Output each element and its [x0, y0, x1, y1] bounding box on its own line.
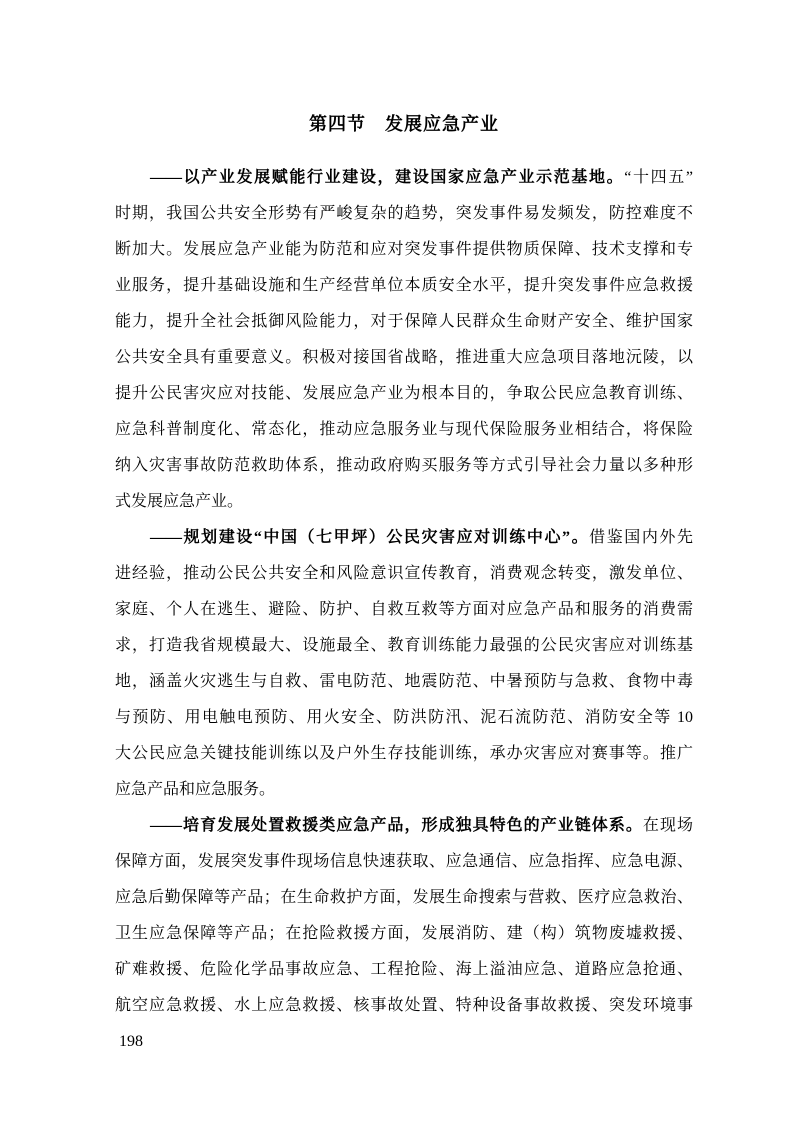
- body-text: 公共安全具有重要意义。积极对接国省战略，推进重大应急项目落地沅陵，以: [115, 349, 693, 366]
- text-line: 能力，提升全社会抵御风险能力，对于保障人民群众生命财产安全、维护国家: [115, 304, 693, 340]
- text-line: ——以产业发展赋能行业建设，建设国家应急产业示范基地。“十四五”: [115, 160, 693, 196]
- text-line: 提升公民害灾应对技能、发展应急产业为根本目的，争取公民应急教育训练、: [115, 376, 693, 412]
- body-text: 借鉴国内外先: [589, 529, 693, 546]
- text-line: 航空应急救援、水上应急救援、核事故处置、特种设备事故救援、突发环境事: [115, 988, 693, 1024]
- body-text: 业服务，提升基础设施和生产经营单位本质安全水平，提升突发事件应急救援: [115, 277, 693, 294]
- body-text: “十四五”: [624, 169, 693, 186]
- text-line: ——规划建设“中国（七甲坪）公民灾害应对训练中心”。借鉴国内外先: [115, 520, 693, 556]
- body-text: 式发展应急产业。: [115, 493, 243, 510]
- body-text: 与预防、用电触电预防、用火安全、防洪防汛、泥石流防范、消防安全等 10: [115, 709, 693, 726]
- body-text: 断加大。发展应急产业能为防范和应对突发事件提供物质保障、技术支撑和专: [115, 241, 693, 258]
- body-text: 保障方面，发展突发事件现场信息快速获取、应急通信、应急指挥、应急电源、: [115, 853, 693, 870]
- text-line: 进经验，推动公民公共安全和风险意识宣传教育，消费观念转变，激发单位、: [115, 556, 693, 592]
- body-text: 在现场: [643, 817, 693, 834]
- text-line: 纳入灾害事故防范救助体系，推动政府购买服务等方式引导社会力量以多种形: [115, 448, 693, 484]
- body-text: 进经验，推动公民公共安全和风险意识宣传教育，消费观念转变，激发单位、: [115, 565, 693, 582]
- text-line: 地，涵盖火灾逃生与自救、雷电防范、地震防范、中暑预防与急救、食物中毒: [115, 664, 693, 700]
- body-text: 卫生应急保障等产品；在抢险救援方面，发展消防、建（构）筑物废墟救援、: [115, 925, 693, 942]
- body-text: 矿难救援、危险化学品事故应急、工程抢险、海上溢油应急、道路应急抢通、: [115, 961, 693, 978]
- text-line: 应急后勤保障等产品；在生命救护方面，发展生命搜索与营救、医疗应急救治、: [115, 880, 693, 916]
- paragraph: ——培育发展处置救援类应急产品，形成独具特色的产业链体系。在现场保障方面，发展突…: [115, 808, 693, 1024]
- text-line: 时期，我国公共安全形势有严峻复杂的趋势，突发事件易发频发，防控难度不: [115, 196, 693, 232]
- body-text: 提升公民害灾应对技能、发展应急产业为根本目的，争取公民应急教育训练、: [115, 385, 693, 402]
- lead-in-bold-text: ——以产业发展赋能行业建设，建设国家应急产业示范基地。: [150, 169, 624, 186]
- text-line: 求，打造我省规模最大、设施最全、教育训练能力最强的公民灾害应对训练基: [115, 628, 693, 664]
- text-line: 卫生应急保障等产品；在抢险救援方面，发展消防、建（构）筑物废墟救援、: [115, 916, 693, 952]
- body-text: 大公民应急关键技能训练以及户外生存技能训练，承办灾害应对赛事等。推广: [115, 745, 693, 762]
- body-text: 家庭、个人在逃生、避险、防护、自救互救等方面对应急产品和服务的消费需: [115, 601, 693, 618]
- document-page: 第四节 发展应急产业 ——以产业发展赋能行业建设，建设国家应急产业示范基地。“十…: [0, 0, 793, 1122]
- paragraph: ——规划建设“中国（七甲坪）公民灾害应对训练中心”。借鉴国内外先进经验，推动公民…: [115, 520, 693, 808]
- paragraph: ——以产业发展赋能行业建设，建设国家应急产业示范基地。“十四五”时期，我国公共安…: [115, 160, 693, 520]
- text-line: 矿难救援、危险化学品事故应急、工程抢险、海上溢油应急、道路应急抢通、: [115, 952, 693, 988]
- page-number: 198: [119, 1030, 143, 1054]
- text-line: 大公民应急关键技能训练以及户外生存技能训练，承办灾害应对赛事等。推广: [115, 736, 693, 772]
- body-text: 地，涵盖火灾逃生与自救、雷电防范、地震防范、中暑预防与急救、食物中毒: [115, 673, 693, 690]
- body-text: 求，打造我省规模最大、设施最全、教育训练能力最强的公民灾害应对训练基: [115, 637, 693, 654]
- lead-in-bold-text: ——培育发展处置救援类应急产品，形成独具特色的产业链体系。: [150, 817, 643, 834]
- text-line: ——培育发展处置救援类应急产品，形成独具特色的产业链体系。在现场: [115, 808, 693, 844]
- text-column: 第四节 发展应急产业 ——以产业发展赋能行业建设，建设国家应急产业示范基地。“十…: [115, 0, 693, 1024]
- body-text: 航空应急救援、水上应急救援、核事故处置、特种设备事故救援、突发环境事: [115, 997, 693, 1014]
- body-text: 纳入灾害事故防范救助体系，推动政府购买服务等方式引导社会力量以多种形: [115, 457, 693, 474]
- text-line: 式发展应急产业。: [115, 484, 693, 520]
- body-text: 能力，提升全社会抵御风险能力，对于保障人民群众生命财产安全、维护国家: [115, 313, 693, 330]
- text-line: 公共安全具有重要意义。积极对接国省战略，推进重大应急项目落地沅陵，以: [115, 340, 693, 376]
- document-body: ——以产业发展赋能行业建设，建设国家应急产业示范基地。“十四五”时期，我国公共安…: [115, 160, 693, 1024]
- text-line: 应急产品和应急服务。: [115, 772, 693, 808]
- lead-in-bold-text: ——规划建设“中国（七甲坪）公民灾害应对训练中心”。: [150, 529, 589, 546]
- section-title: 第四节 发展应急产业: [115, 106, 693, 142]
- text-line: 业服务，提升基础设施和生产经营单位本质安全水平，提升突发事件应急救援: [115, 268, 693, 304]
- body-text: 应急后勤保障等产品；在生命救护方面，发展生命搜索与营救、医疗应急救治、: [115, 889, 693, 906]
- body-text: 应急产品和应急服务。: [115, 781, 275, 798]
- text-line: 家庭、个人在逃生、避险、防护、自救互救等方面对应急产品和服务的消费需: [115, 592, 693, 628]
- body-text: 应急科普制度化、常态化，推动应急服务业与现代保险服务业相结合，将保险: [115, 421, 693, 438]
- text-line: 保障方面，发展突发事件现场信息快速获取、应急通信、应急指挥、应急电源、: [115, 844, 693, 880]
- text-line: 断加大。发展应急产业能为防范和应对突发事件提供物质保障、技术支撑和专: [115, 232, 693, 268]
- body-text: 时期，我国公共安全形势有严峻复杂的趋势，突发事件易发频发，防控难度不: [115, 205, 693, 222]
- text-line: 应急科普制度化、常态化，推动应急服务业与现代保险服务业相结合，将保险: [115, 412, 693, 448]
- text-line: 与预防、用电触电预防、用火安全、防洪防汛、泥石流防范、消防安全等 10: [115, 700, 693, 736]
